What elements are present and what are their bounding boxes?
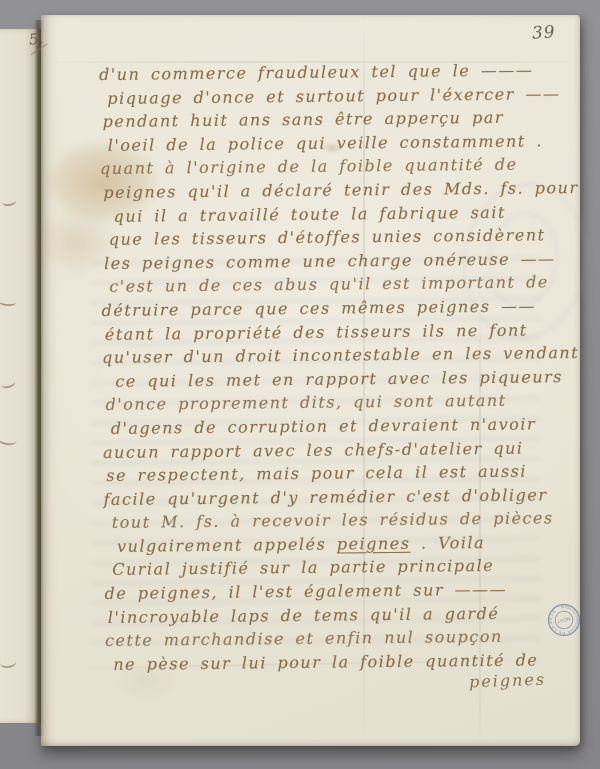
- facing-page-ink-mark: [1, 196, 16, 207]
- facing-page-ink-mark: [0, 296, 16, 307]
- manuscript-line: c'est un de ces abus qu'il est important…: [109, 272, 575, 300]
- manuscript-page: 39 d'un commerce frauduleux tel que le —…: [41, 15, 580, 746]
- manuscript-line: cette marchandise et enfin nul soupçon: [105, 626, 579, 655]
- facing-page-ink-mark: [0, 377, 16, 389]
- manuscript-lines: d'un commerce frauduleux tel que le ———p…: [99, 60, 579, 678]
- manuscript-line: tout M. fs. à recevoir les résidus de pi…: [112, 508, 578, 536]
- facing-page-ink-mark: [0, 656, 17, 669]
- folio-annotation: 5.: [28, 29, 44, 48]
- folio-number: 39: [531, 22, 556, 44]
- manuscript-line: quant à l'origine de la foible quantité …: [100, 154, 574, 183]
- catchword: peignes: [469, 670, 547, 692]
- scan-background: 5. 39 d'un commerce frauduleux tel que l…: [0, 0, 600, 769]
- stamp-center-text: LYON: [557, 616, 572, 625]
- facing-page-ink-mark: [0, 431, 18, 446]
- gutter-shadow: [34, 20, 44, 736]
- manuscript-line: d'once proprement dits, qui sont autant: [105, 390, 576, 419]
